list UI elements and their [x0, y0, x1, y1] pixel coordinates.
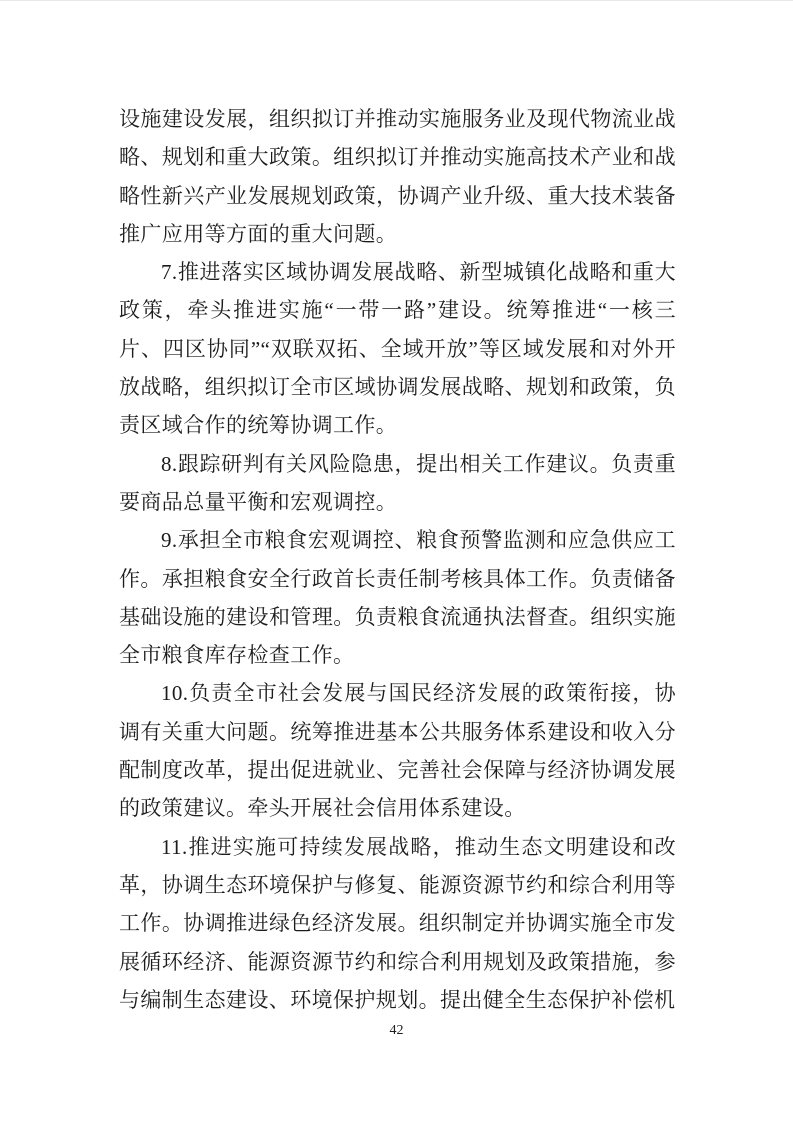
paragraph-item-7: 7.推进落实区域协调发展战略、新型城镇化战略和重大政策，牵头推进实施“一带一路”…	[119, 253, 676, 444]
page-number: 42	[0, 1023, 793, 1039]
paragraph-item-11: 11.推进实施可持续发展战略，推动生态文明建设和改革，协调生态环境保护与修复、能…	[119, 828, 676, 1019]
paragraph-item-9: 9.承担全市粮食宏观调控、粮食预警监测和应急供应工作。承担粮食安全行政首长责任制…	[119, 521, 676, 674]
document-body: 设施建设发展，组织拟订并推动实施服务业及现代物流业战略、规划和重大政策。组织拟订…	[119, 100, 676, 1019]
paragraph-item-8: 8.跟踪研判有关风险隐患，提出相关工作建议。负责重要商品总量平衡和宏观调控。	[119, 445, 676, 522]
paragraph-continuation: 设施建设发展，组织拟订并推动实施服务业及现代物流业战略、规划和重大政策。组织拟订…	[119, 100, 676, 253]
document-page: 设施建设发展，组织拟订并推动实施服务业及现代物流业战略、规划和重大政策。组织拟订…	[0, 0, 793, 1122]
paragraph-item-10: 10.负责全市社会发展与国民经济发展的政策衔接，协调有关重大问题。统筹推进基本公…	[119, 674, 676, 827]
